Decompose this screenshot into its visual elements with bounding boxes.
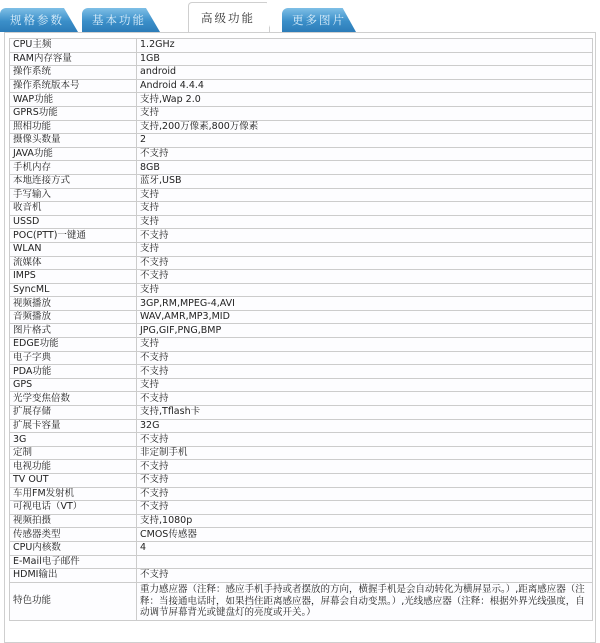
spec-row: 音频播放WAV,AMR,MP3,MID [10,310,593,324]
spec-value: 不支持 [137,433,593,447]
spec-row: GPRS功能支持 [10,106,593,120]
spec-row: EDGE功能支持 [10,338,593,352]
spec-value: 不支持 [137,474,593,488]
spec-row: IMPS不支持 [10,270,593,284]
spec-value: WAV,AMR,MP3,MID [137,310,593,324]
spec-label: 3G [10,433,137,447]
spec-label: HDMI输出 [10,569,137,583]
spec-label: 本地连接方式 [10,174,137,188]
spec-value: 支持 [137,215,593,229]
spec-value: 不支持 [137,501,593,515]
spec-label: 流媒体 [10,256,137,270]
spec-row: SyncML支持 [10,283,593,297]
spec-label: PDA功能 [10,365,137,379]
spec-label: GPS [10,378,137,392]
spec-row: E-Mail电子邮件 [10,555,593,569]
spec-value: 不支持 [137,487,593,501]
spec-table: CPU主频1.2GHzRAM内存容量1GB操作系统android操作系统版本号A… [9,38,593,621]
spec-row: 照相功能支持,200万像素,800万像素 [10,120,593,134]
spec-label: 电子字典 [10,351,137,365]
spec-value: Android 4.4.4 [137,79,593,93]
spec-label: 收音机 [10,202,137,216]
spec-row: 特色功能重力感应器（注释：感应手机手持或者摆放的方向，横握手机是会自动转化为横屏… [10,582,593,620]
spec-label: JAVA功能 [10,147,137,161]
spec-row: CPU内核数4 [10,541,593,555]
spec-label: 视频播放 [10,297,137,311]
spec-row: USSD支持 [10,215,593,229]
spec-row: 视频播放3GP,RM,MPEG-4,AVI [10,297,593,311]
spec-label: 光学变焦倍数 [10,392,137,406]
spec-row: 视频拍摄支持,1080p [10,514,593,528]
spec-label: WAP功能 [10,93,137,107]
spec-label: 扩展存储 [10,406,137,420]
spec-value: android [137,66,593,80]
spec-value: 支持,Tflash卡 [137,406,593,420]
spec-label: SyncML [10,283,137,297]
spec-label: 定制 [10,446,137,460]
spec-value: 支持 [137,188,593,202]
tab-specs[interactable]: 规格参数 [0,8,78,32]
spec-row: HDMI输出不支持 [10,569,593,583]
spec-row: 操作系统android [10,66,593,80]
spec-label: 操作系统版本号 [10,79,137,93]
spec-label: 车用FM发射机 [10,487,137,501]
spec-row: 车用FM发射机不支持 [10,487,593,501]
spec-value: 不支持 [137,569,593,583]
spec-value: 1.2GHz [137,39,593,53]
spec-row: 传感器类型CMOS传感器 [10,528,593,542]
spec-value: 支持 [137,283,593,297]
spec-row: 定制非定制手机 [10,446,593,460]
spec-row: 扩展存储支持,Tflash卡 [10,406,593,420]
spec-value: 重力感应器（注释：感应手机手持或者摆放的方向，横握手机是会自动转化为横屏显示。）… [137,582,593,620]
spec-row: PDA功能不支持 [10,365,593,379]
spec-value: 32G [137,419,593,433]
spec-label: 电视功能 [10,460,137,474]
spec-value: 不支持 [137,147,593,161]
spec-row: 可视电话（VT）不支持 [10,501,593,515]
spec-value: CMOS传感器 [137,528,593,542]
spec-value: 蓝牙,USB [137,174,593,188]
spec-row: 流媒体不支持 [10,256,593,270]
spec-value: 支持 [137,202,593,216]
spec-label: CPU主频 [10,39,137,53]
spec-value: 非定制手机 [137,446,593,460]
spec-value: 2 [137,134,593,148]
spec-label: IMPS [10,270,137,284]
spec-label: TV OUT [10,474,137,488]
spec-row: 图片格式JPG,GIF,PNG,BMP [10,324,593,338]
spec-value: 不支持 [137,460,593,474]
spec-row: JAVA功能不支持 [10,147,593,161]
spec-row: RAM内存容量1GB [10,52,593,66]
spec-row: 扩展卡容量32G [10,419,593,433]
spec-panel: CPU主频1.2GHzRAM内存容量1GB操作系统android操作系统版本号A… [4,32,596,643]
spec-label: WLAN [10,242,137,256]
spec-row: 操作系统版本号Android 4.4.4 [10,79,593,93]
spec-label: 照相功能 [10,120,137,134]
spec-value: JPG,GIF,PNG,BMP [137,324,593,338]
spec-label: 可视电话（VT） [10,501,137,515]
spec-label: 音频播放 [10,310,137,324]
spec-value: 支持 [137,378,593,392]
tab-more-pictures[interactable]: 更多图片 [282,8,356,32]
spec-value: 支持,Wap 2.0 [137,93,593,107]
spec-row: 摄像头数量2 [10,134,593,148]
spec-label: 视频拍摄 [10,514,137,528]
tab-advanced-features[interactable]: 高级功能 [188,2,270,33]
spec-label: 操作系统 [10,66,137,80]
spec-label: USSD [10,215,137,229]
spec-value: 不支持 [137,256,593,270]
spec-value: 3GP,RM,MPEG-4,AVI [137,297,593,311]
spec-row: WLAN支持 [10,242,593,256]
spec-label: 摄像头数量 [10,134,137,148]
spec-value: 4 [137,541,593,555]
spec-value: 1GB [137,52,593,66]
spec-row: 本地连接方式蓝牙,USB [10,174,593,188]
spec-value: 不支持 [137,392,593,406]
spec-value: 8GB [137,161,593,175]
spec-row: 3G不支持 [10,433,593,447]
spec-label: 特色功能 [10,582,137,620]
spec-label: 手机内存 [10,161,137,175]
spec-value: 支持 [137,106,593,120]
spec-value: 不支持 [137,229,593,243]
spec-row: POC(PTT)一键通不支持 [10,229,593,243]
spec-label: RAM内存容量 [10,52,137,66]
spec-row: 收音机支持 [10,202,593,216]
spec-label: E-Mail电子邮件 [10,555,137,569]
spec-value [137,555,593,569]
spec-row: 手机内存8GB [10,161,593,175]
spec-row: 电子字典不支持 [10,351,593,365]
spec-row: 电视功能不支持 [10,460,593,474]
spec-label: 图片格式 [10,324,137,338]
spec-label: 扩展卡容量 [10,419,137,433]
spec-row: GPS支持 [10,378,593,392]
spec-label: GPRS功能 [10,106,137,120]
spec-row: 手写输入支持 [10,188,593,202]
spec-row: WAP功能支持,Wap 2.0 [10,93,593,107]
spec-value: 不支持 [137,351,593,365]
spec-label: EDGE功能 [10,338,137,352]
tab-basic-features[interactable]: 基本功能 [82,8,160,32]
spec-label: 传感器类型 [10,528,137,542]
spec-value: 支持 [137,242,593,256]
spec-value: 不支持 [137,365,593,379]
spec-row: 光学变焦倍数不支持 [10,392,593,406]
tab-bar: 规格参数 基本功能 高级功能 更多图片 [0,0,600,33]
spec-value: 支持 [137,338,593,352]
spec-value: 支持,1080p [137,514,593,528]
spec-label: POC(PTT)一键通 [10,229,137,243]
spec-row: CPU主频1.2GHz [10,39,593,53]
spec-label: CPU内核数 [10,541,137,555]
spec-value: 不支持 [137,270,593,284]
spec-row: TV OUT不支持 [10,474,593,488]
spec-label: 手写输入 [10,188,137,202]
spec-value: 支持,200万像素,800万像素 [137,120,593,134]
